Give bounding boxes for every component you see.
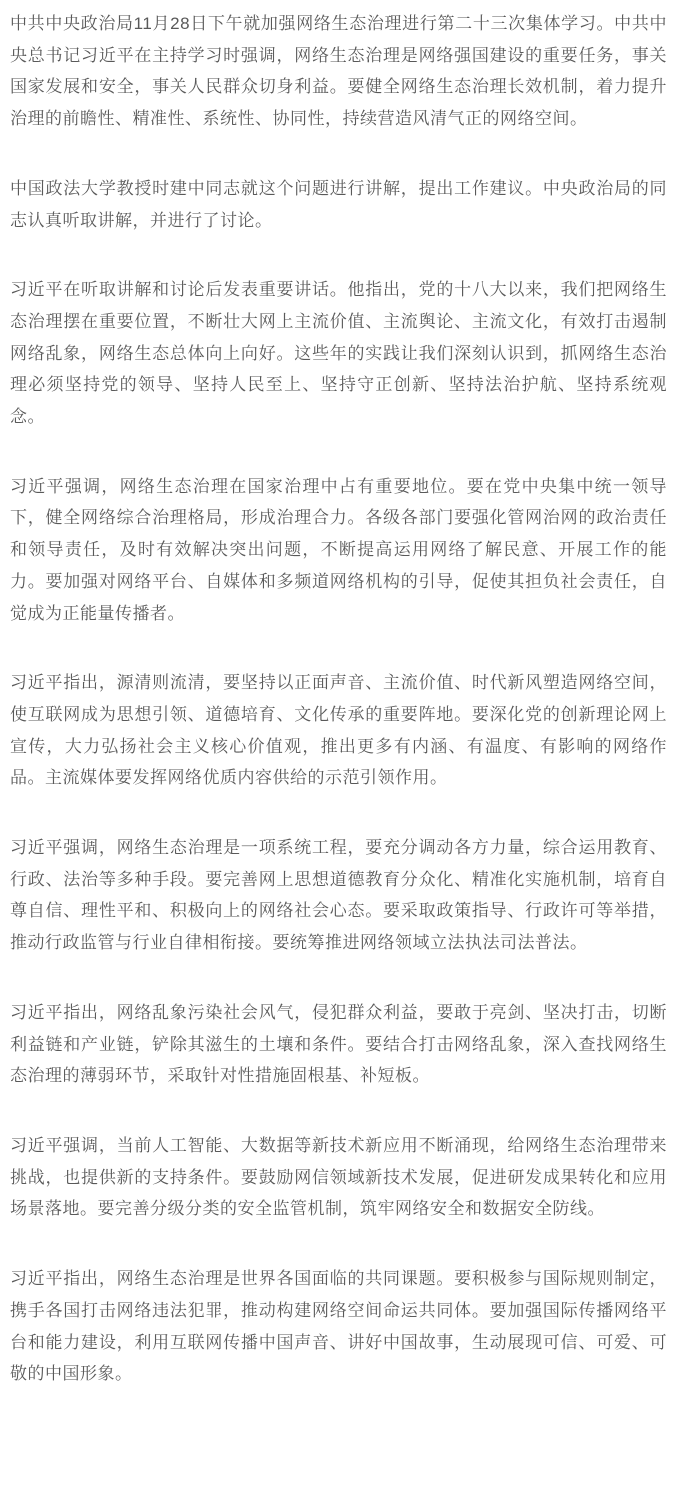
article-paragraph-6: 习近平强调，网络生态治理是一项系统工程，要充分调动各方力量，综合运用教育、行政、… — [10, 832, 667, 959]
article-paragraph-4: 习近平强调，网络生态治理在国家治理中占有重要地位。要在党中央集中统一领导下，健全… — [10, 471, 667, 630]
article-paragraph-3: 习近平在听取讲解和讨论后发表重要讲话。他指出，党的十八大以来，我们把网络生态治理… — [10, 274, 667, 433]
article-paragraph-1: 中共中央政治局11月28日下午就加强网络生态治理进行第二十三次集体学习。中共中央… — [10, 8, 667, 135]
article-paragraph-2: 中国政法大学教授时建中同志就这个问题进行讲解，提出工作建议。中央政治局的同志认真… — [10, 173, 667, 236]
article-paragraph-7: 习近平指出，网络乱象污染社会风气，侵犯群众利益，要敢于亮剑、坚决打击，切断利益链… — [10, 997, 667, 1092]
article-paragraph-9: 习近平指出，网络生态治理是世界各国面临的共同课题。要积极参与国际规则制定，携手各… — [10, 1263, 667, 1390]
article-paragraph-5: 习近平指出，源清则流清，要坚持以正面声音、主流价值、时代新风塑造网络空间，使互联… — [10, 667, 667, 794]
article-paragraph-8: 习近平强调，当前人工智能、大数据等新技术新应用不断涌现，给网络生态治理带来挑战，… — [10, 1130, 667, 1225]
article-body: 中共中央政治局11月28日下午就加强网络生态治理进行第二十三次集体学习。中共中央… — [0, 0, 677, 1400]
